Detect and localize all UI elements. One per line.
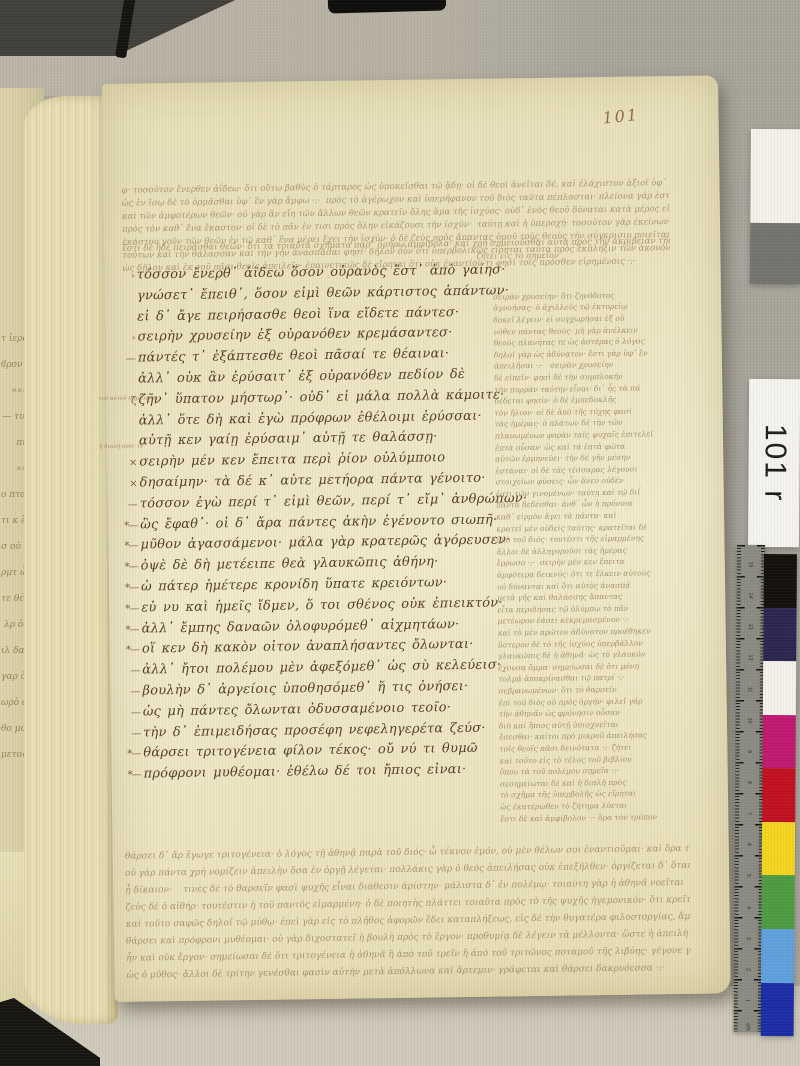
ruler-number: 5 [733,862,764,890]
color-patch [762,768,795,822]
verse-text: σειρὴν χρυσείην ἐξ οὐρανόθεν κρεμάσαντεσ… [137,326,452,345]
tiny-margin-note: τοῦ αὐτοῦ σημείωσαι [98,395,158,403]
verse-text: ὦ πάτερ ἡμέτερε κρονίδη ὕπατε κρειόντων· [141,575,447,594]
marginal-siglum: › [107,271,137,282]
color-patch [763,608,796,662]
marginal-siglum: *— [113,749,143,760]
verse-text: ὡς μὴ πάντες ὄλωνται ὀδυσσαμένοιο τεοῖο· [143,700,451,719]
marginal-siglum: › [107,333,137,344]
marginal-siglum: — [112,666,142,677]
marginal-siglum: *— [112,645,142,656]
color-patch [762,822,795,876]
verse-text: ἀλλ᾽ οὐκ ἂν ἐρύσαιτ᾽ ἐξ οὐρανόθεν πεδίον… [138,367,465,387]
marginal-siglum: × [110,478,140,489]
verse-text: σειρὴν μέν κεν ἔπειτα περὶ ῥίον οὐλύμποι… [139,450,445,469]
marginal-siglum: *— [111,562,141,573]
ruler-number: 2 [732,955,763,983]
marginal-siglum: — [112,686,142,697]
marginal-siglum: *— [112,624,142,635]
marginal-siglum: — [108,354,138,365]
marginal-siglum: *— [111,582,141,593]
ruler-number: 7 [733,800,764,828]
color-patch [761,983,794,1037]
ruler-number: 8 [734,768,765,796]
ruler-number: 3 [733,924,764,952]
verse-text: οἵ κεν δὴ κακὸν οἶτον ἀναπλήσαντες ὄλωντ… [142,637,474,657]
ruler-unit-label: cm [745,1023,751,1030]
ruler-number: 13 [735,613,766,641]
grayscale-calibration-bar [750,129,800,284]
ruler-number: 10 [734,706,765,734]
grayscale-patch [750,129,800,223]
manuscript-photograph: τ ἱεραρίωνϐρον ἥμαρ»»»»»— τυ λλπι τη»»» … [0,0,800,1066]
marginal-siglum: *— [114,770,144,781]
marginal-siglum: *— [110,520,140,531]
ruler-number: 1 [732,986,763,1014]
manuscript-page-101r: 101 φ· τοσοῦτον ἔνερθεν ἀΐδεω· ὅτι οὕτω … [102,75,731,1002]
ruler-number: 14 [735,582,766,610]
marginal-siglum: — [113,728,143,739]
tiny-margin-note: ἡ διπλῆ πρὸς τὸ [99,443,143,451]
verse-text: ἀλλ᾽ ἔμπης δαναῶν ὀλοφυρόμεθ᾽ αἰχμητάων· [142,617,460,636]
color-patch [761,875,794,929]
marginal-siglum: × [109,458,139,469]
grayscale-patch [750,223,800,284]
verse-text: ὀψὲ δὲ δὴ μετέειπε θεὰ γλαυκῶπις ἀθήνη· [141,555,439,574]
ruler-number: 12 [735,644,766,672]
verse-text: πάντές τ᾽ ἐξάπτεσθε θεοὶ πᾶσαί τε θέαινα… [138,346,450,365]
color-patch [761,929,794,983]
marginal-siglum: — [110,499,140,510]
ruler-number: 15 [735,550,766,578]
color-patch [763,661,796,715]
folio-label-card: 101 r [748,379,800,547]
verse-text: πρόφρονι μυθέομαι· ἐθέλω δέ τοι ἤπιος εἶ… [144,762,467,782]
color-patch [762,715,795,769]
marginal-siglum: — [113,707,143,718]
ruler-number: 11 [734,675,765,703]
verse-text: εἰ δ᾽ ἄγε πειρήσασθε θεοὶ ἵνα εἴδετε πάν… [137,305,459,324]
color-calibration-bar [761,554,797,1036]
marginal-siglum: *— [111,603,141,614]
marginal-siglum: *— [110,541,140,552]
ruler-number: 6 [733,831,764,859]
ruler-number: 9 [734,737,765,765]
ruler-number: 4 [733,893,764,921]
color-patch [764,554,797,608]
bottom-scholia-block: θάρσει δ᾽ ἄρ ἔγωγε τριτογένεια· ὁ λόγος … [124,790,692,985]
folio-label-text: 101 r [757,424,792,503]
right-margin-scholia: σειρὰν χρυσείην· ὅτι ζηνόδοτοςἀγνοήσας· … [492,254,680,825]
folio-number: 101 [602,105,640,128]
verse-text: αὐτῇ κεν γαίῃ ἐρύσαιμ᾽ αὐτῇ τε θαλάσσῃ· [139,430,438,449]
verse-text: βουλὴν δ᾽ ἀργείοις ὑποθησόμεθ᾽ ἥ τις ὀνή… [142,679,468,699]
